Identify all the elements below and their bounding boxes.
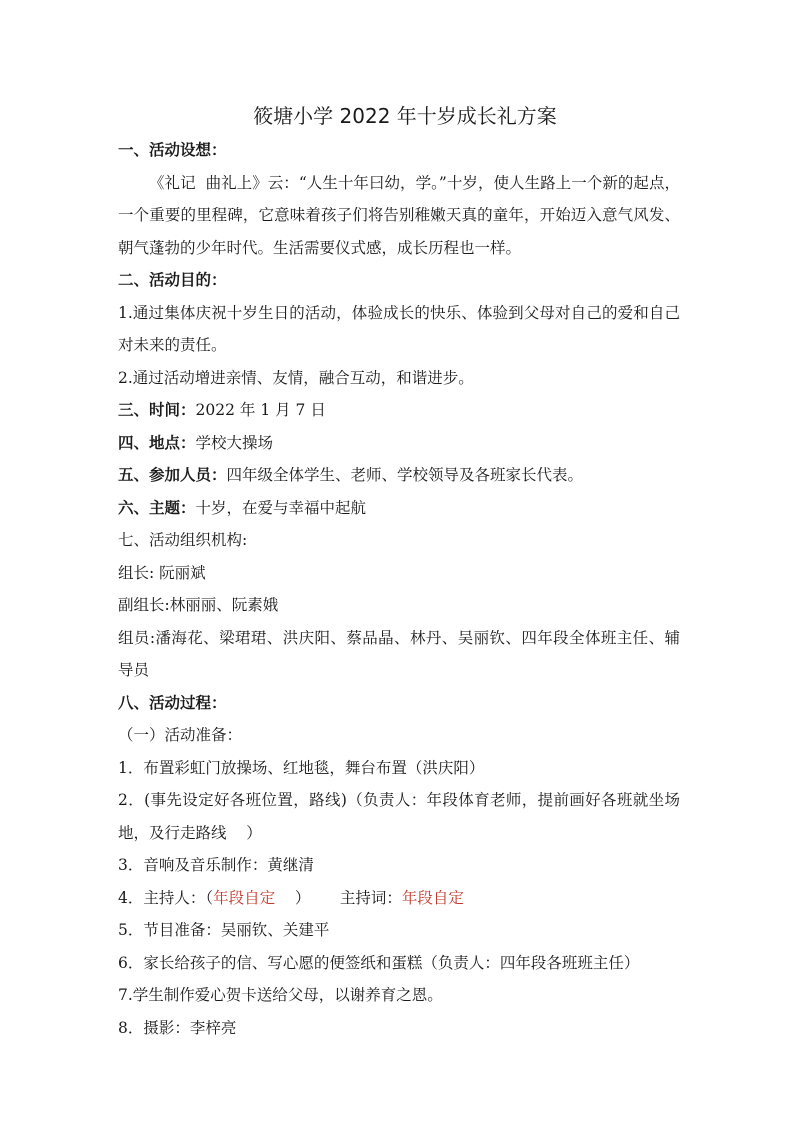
participants-value: 四年级全体学生、老师、学校领导及各班家长代表。 — [227, 466, 584, 484]
prep-item-2: 2．(事先设定好各班位置，路线)（负责人：年段体育老师，提前画好各班就坐场地，及… — [118, 784, 680, 849]
section-theme: 六、主题：十岁，在爱与幸福中起航 — [118, 492, 680, 525]
document-page: 筱塘小学 2022 年十岁成长礼方案 一、活动设想： 《礼记 曲礼上》云：“人生… — [118, 100, 680, 1044]
subsection-preparation: （一）活动准备： — [118, 719, 680, 752]
section-heading-6: 六、主题： — [118, 499, 196, 517]
org-members: 组员:潘海花、梁珺珺、洪庆阳、蔡品晶、林丹、吴丽钦、四年段全体班主任、辅导员 — [118, 622, 680, 687]
purpose-item-1: 1.通过集体庆祝十岁生日的活动，体验成长的快乐、体验到父母对自己的爱和自己对未来… — [118, 297, 680, 362]
time-value: 2022 年 1 月 7 日 — [196, 401, 326, 419]
prep-item-7: 7.学生制作爱心贺卡送给父母，以谢养育之恩。 — [118, 979, 680, 1012]
host-label: 4．主持人：（ — [118, 889, 213, 907]
section-time: 三、时间：2022 年 1 月 7 日 — [118, 394, 680, 427]
section-heading-4: 四、地点： — [118, 434, 196, 452]
prep-item-5: 5．节目准备：吴丽钦、关建平 — [118, 914, 680, 947]
section-heading-5: 五、参加人员： — [118, 466, 227, 484]
theme-value: 十岁，在爱与幸福中起航 — [196, 499, 367, 517]
section-heading-7: 七、活动组织机构: — [118, 524, 680, 557]
prep-item-1: 1．布置彩虹门放操场、红地毯，舞台布置（洪庆阳） — [118, 752, 680, 785]
prep-item-6: 6．家长给孩子的信、写心愿的便签纸和蛋糕（负责人：四年段各班班主任） — [118, 947, 680, 980]
purpose-item-2: 2.通过活动增进亲情、友情，融合互动，和谐进步。 — [118, 362, 680, 395]
prep-item-4: 4．主持人：（年段自定 ） 主持词：年段自定 — [118, 882, 680, 915]
section-heading-2: 二、活动目的： — [118, 264, 680, 297]
host-value: 年段自定 — [213, 889, 275, 907]
document-title: 筱塘小学 2022 年十岁成长礼方案 — [118, 100, 680, 132]
section-heading-3: 三、时间： — [118, 401, 196, 419]
org-vice-leader: 副组长:林丽丽、阮素娥 — [118, 589, 680, 622]
prep-item-3: 3．音响及音乐制作：黄继清 — [118, 849, 680, 882]
location-value: 学校大操场 — [196, 434, 274, 452]
section-heading-8: 八、活动过程： — [118, 687, 680, 720]
section-heading-1: 一、活动设想： — [118, 134, 680, 167]
org-leader: 组长: 阮丽斌 — [118, 557, 680, 590]
section-body-1: 《礼记 曲礼上》云：“人生十年曰幼，学。”十岁，使人生路上一个新的起点，一个重要… — [118, 167, 680, 265]
section-participants: 五、参加人员：四年级全体学生、老师、学校领导及各班家长代表。 — [118, 459, 680, 492]
host-script-label: ） 主持词： — [275, 889, 402, 907]
section-location: 四、地点：学校大操场 — [118, 427, 680, 460]
host-script-value: 年段自定 — [402, 889, 464, 907]
prep-item-8: 8．摄影：李梓亮 — [118, 1012, 680, 1045]
